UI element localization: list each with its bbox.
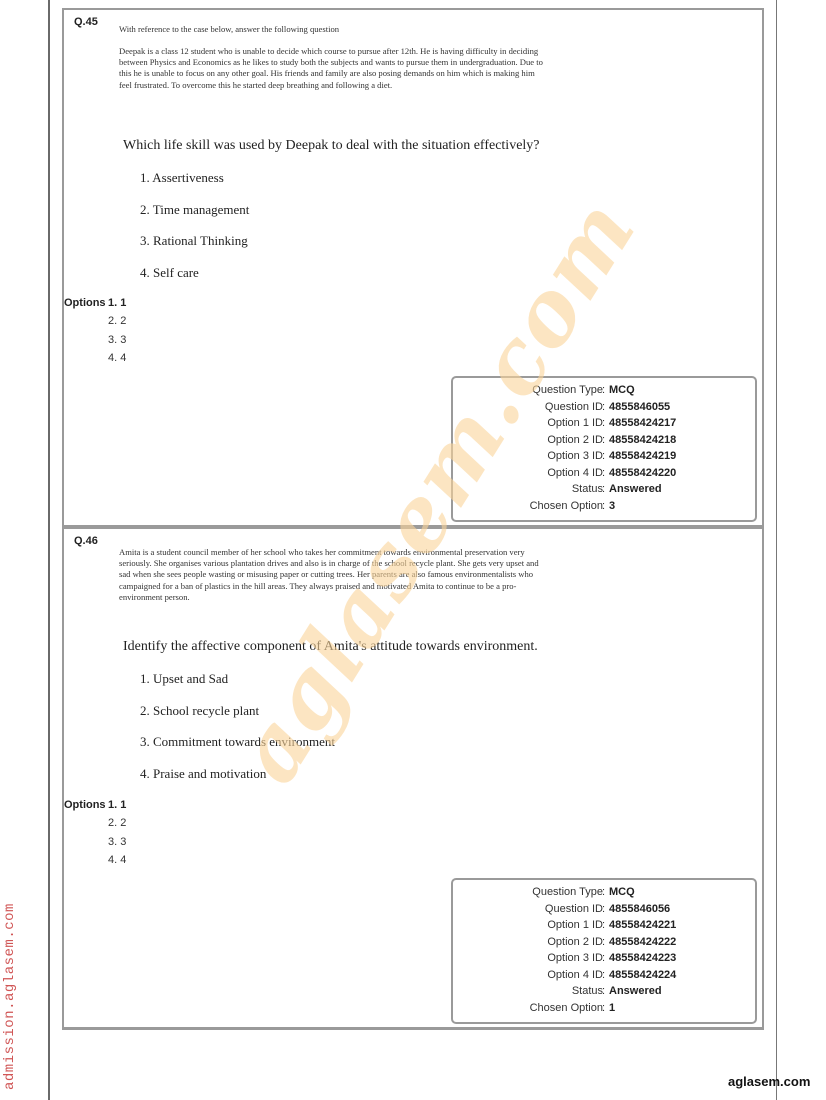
meta-value: 48558424219 [609,450,676,462]
choices-list: 1. Upset and Sad 2. School recycle plant… [140,671,335,798]
question-stem: Which life skill was used by Deepak to d… [123,138,540,154]
meta-value: Answered [609,483,662,495]
meta-value: 1 [609,1002,615,1014]
meta-value: 48558424224 [609,969,676,981]
meta-key: Option 1 ID [547,417,603,429]
side-watermark: admission.aglasem.com [2,903,18,1090]
choice-item: 4. Self care [140,265,249,297]
meta-value: MCQ [609,886,635,898]
meta-value: 48558424223 [609,952,676,964]
meta-value: Answered [609,985,662,997]
meta-key: Chosen Option [530,1002,603,1014]
case-intro: With reference to the case below, answer… [119,24,549,35]
option-item: 4. 4 [108,352,126,370]
option-item: 3. 3 [108,836,126,854]
meta-value: 48558424218 [609,434,676,446]
case-text: Deepak is a class 12 student who is unab… [119,46,549,91]
choices-list: 1. Assertiveness 2. Time management 3. R… [140,170,249,297]
meta-key: Option 4 ID [547,467,603,479]
option-item: 1. 1 [108,799,126,817]
choice-item: 2. Time management [140,202,249,234]
option-item: 3. 3 [108,334,126,352]
choice-item: 4. Praise and motivation [140,766,335,798]
right-margin-rule [776,0,777,1100]
option-item: 4. 4 [108,854,126,872]
question-metadata-box: Question Type:MCQ Question ID:4855846055… [451,376,757,522]
choice-item: 2. School recycle plant [140,703,335,735]
case-text: Amita is a student council member of her… [119,547,549,603]
meta-value: 48558424221 [609,919,676,931]
meta-value: 48558424222 [609,936,676,948]
question-number: Q.45 [74,16,98,28]
question-stem: Identify the affective component of Amit… [123,639,538,655]
left-margin-rule [48,0,50,1100]
option-item: 2. 2 [108,315,126,333]
footer-brand[interactable]: aglasem.com [728,1074,810,1089]
meta-key: Chosen Option [530,500,603,512]
meta-key: Question Type [532,886,603,898]
meta-value: 48558424220 [609,467,676,479]
choice-item: 3. Rational Thinking [140,233,249,265]
meta-key: Option 3 ID [547,450,603,462]
meta-key: Question ID [545,401,603,413]
option-item: 2. 2 [108,817,126,835]
question-number: Q.46 [74,535,98,547]
question-metadata-box: Question Type:MCQ Question ID:4855846056… [451,878,757,1024]
meta-value: 4855846056 [609,903,670,915]
options-list: Options1. 1 2. 2 3. 3 4. 4 [64,297,126,370]
question-block: Q.46 Amita is a student council member o… [62,528,764,1030]
options-list: Options1. 1 2. 2 3. 3 4. 4 [64,799,126,872]
choice-item: 3. Commitment towards environment [140,734,335,766]
options-label: Options [64,799,108,817]
meta-key: Status [572,483,603,495]
meta-value: 48558424217 [609,417,676,429]
choice-item: 1. Upset and Sad [140,671,335,703]
options-label: Options [64,297,108,315]
meta-key: Question ID [545,903,603,915]
meta-value: MCQ [609,384,635,396]
meta-value: 4855846055 [609,401,670,413]
meta-key: Option 1 ID [547,919,603,931]
meta-value: 3 [609,500,615,512]
option-item: 1. 1 [108,297,126,315]
choice-item: 1. Assertiveness [140,170,249,202]
meta-key: Option 2 ID [547,936,603,948]
meta-key: Option 3 ID [547,952,603,964]
meta-key: Status [572,985,603,997]
meta-key: Option 4 ID [547,969,603,981]
question-block: Q.45 With reference to the case below, a… [62,8,764,528]
meta-key: Option 2 ID [547,434,603,446]
meta-key: Question Type [532,384,603,396]
